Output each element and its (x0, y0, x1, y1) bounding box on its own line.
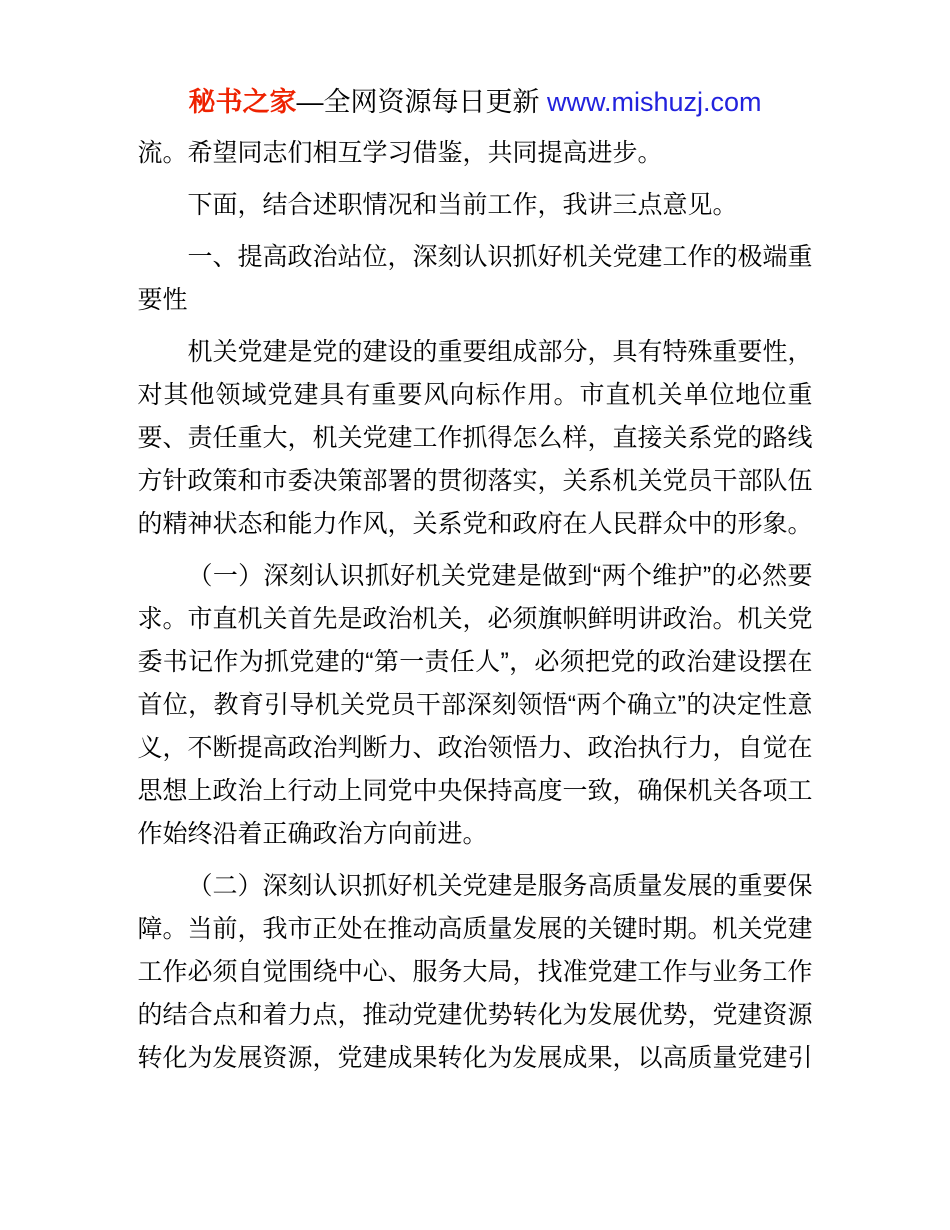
site-name: 秘书之家 (188, 87, 296, 117)
document-body: 流。希望同志们相互学习借鉴，共同提高进步。下面，结合述职情况和当前工作，我讲三点… (138, 132, 813, 1080)
document-page: 秘书之家—全网资源每日更新 www.mishuzj.com 流。希望同志们相互学… (0, 0, 950, 1230)
site-header: 秘书之家—全网资源每日更新 www.mishuzj.com (0, 84, 950, 120)
section-heading: 一、提高政治站位，深刻认识抓好机关党建工作的极端重要性 (138, 236, 813, 322)
paragraph: 下面，结合述职情况和当前工作，我讲三点意见。 (138, 184, 813, 227)
paragraph: 流。希望同志们相互学习借鉴，共同提高进步。 (138, 132, 813, 175)
site-tagline: —全网资源每日更新 (296, 87, 547, 117)
paragraph: （二）深刻认识抓好机关党建是服务高质量发展的重要保障。当前，我市正处在推动高质量… (138, 865, 813, 1080)
paragraph: （一）深刻认识抓好机关党建是做到“两个维护”的必然要求。市直机关首先是政治机关，… (138, 555, 813, 856)
paragraph: 机关党建是党的建设的重要组成部分，具有特殊重要性，对其他领域党建具有重要风向标作… (138, 331, 813, 546)
site-url-link[interactable]: www.mishuzj.com (547, 87, 762, 117)
